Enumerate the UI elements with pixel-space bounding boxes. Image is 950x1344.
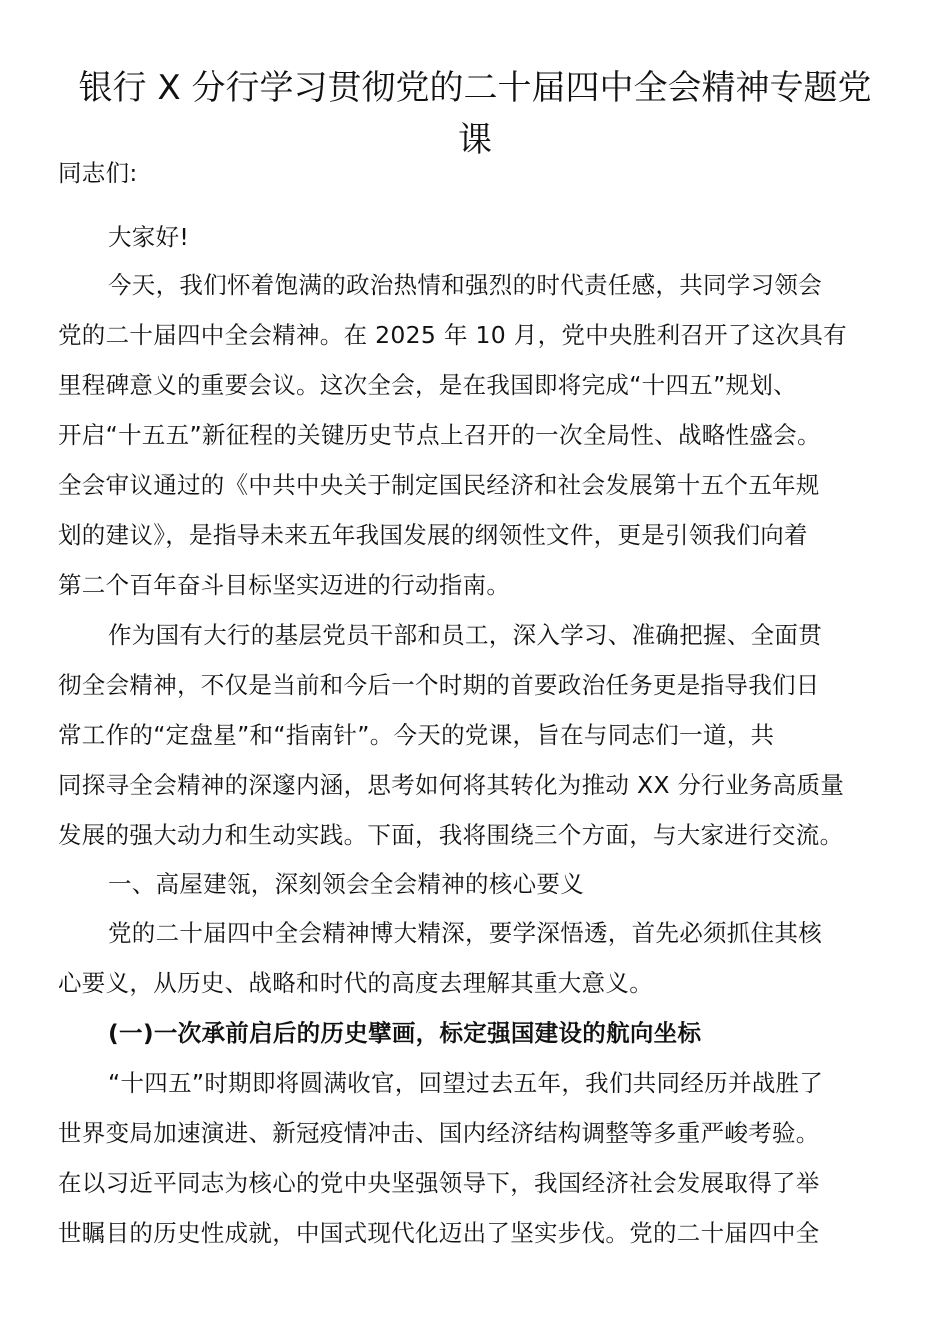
paragraph-line: 划的建议》，是指导未来五年我国发展的纲领性文件，更是引领我们向着 (58, 520, 808, 550)
paragraph-line: 在以习近平同志为核心的党中央坚强领导下，我国经济社会发展取得了举 (58, 1168, 820, 1198)
paragraph-line: 常工作的“定盘星”和“指南针”。今天的党课，旨在与同志们一道，共 (58, 720, 774, 750)
paragraph-line: 党的二十届四中全会精神博大精深，要学深悟透，首先必须抓住其核 (108, 918, 822, 948)
title-line-1: 银行 X 分行学习贯彻党的二十届四中全会精神专题党 (40, 62, 910, 114)
document-page: 银行 X 分行学习贯彻党的二十届四中全会精神专题党 课 同志们:大家好!今天，我… (0, 0, 950, 1344)
paragraph-line: 作为国有大行的基层党员干部和员工，深入学习、准确把握、全面贯 (108, 620, 822, 650)
paragraph-line: 世瞩目的历史性成就，中国式现代化迈出了坚实步伐。党的二十届四中全 (58, 1218, 820, 1248)
paragraph-line: 同探寻全会精神的深邃内涵，思考如何将其转化为推动 XX 分行业务高质量 (58, 770, 844, 800)
paragraph-line: 全会审议通过的《中共中央关于制定国民经济和社会发展第十五个五年规 (58, 470, 820, 500)
paragraph-line: 世界变局加速演进、新冠疫情冲击、国内经济结构调整等多重严峻考验。 (58, 1118, 820, 1148)
paragraph-line: 大家好! (108, 222, 189, 252)
paragraph-line: 里程碑意义的重要会议。这次全会，是在我国即将完成“十四五”规划、 (58, 370, 797, 400)
document-title: 银行 X 分行学习贯彻党的二十届四中全会精神专题党 课 (40, 62, 910, 166)
paragraph-line: 党的二十届四中全会精神。在 2025 年 10 月，党中央胜利召开了这次具有 (58, 320, 847, 350)
paragraph-line: 发展的强大动力和生动实践。下面，我将围绕三个方面，与大家进行交流。 (58, 820, 843, 850)
paragraph-line: “十四五”时期即将圆满收官，回望过去五年，我们共同经历并战胜了 (108, 1068, 823, 1098)
paragraph-line: 第二个百年奋斗目标坚实迈进的行动指南。 (58, 570, 510, 600)
paragraph-line: 心要义，从历史、战略和时代的高度去理解其重大意义。 (58, 968, 653, 998)
paragraph-line: 一、高屋建瓴，深刻领会全会精神的核心要义 (108, 869, 584, 899)
paragraph-line: 彻全会精神，不仅是当前和今后一个时期的首要政治任务更是指导我们日 (58, 670, 820, 700)
paragraph-line: 同志们: (58, 158, 138, 188)
section-subheading: (一)一次承前启后的历史擘画，标定强国建设的航向坐标 (108, 1018, 701, 1048)
title-line-2: 课 (40, 114, 910, 166)
paragraph-line: 开启“十五五”新征程的关键历史节点上召开的一次全局性、战略性盛会。 (58, 420, 821, 450)
paragraph-line: 今天，我们怀着饱满的政治热情和强烈的时代责任感，共同学习领会 (108, 270, 822, 300)
